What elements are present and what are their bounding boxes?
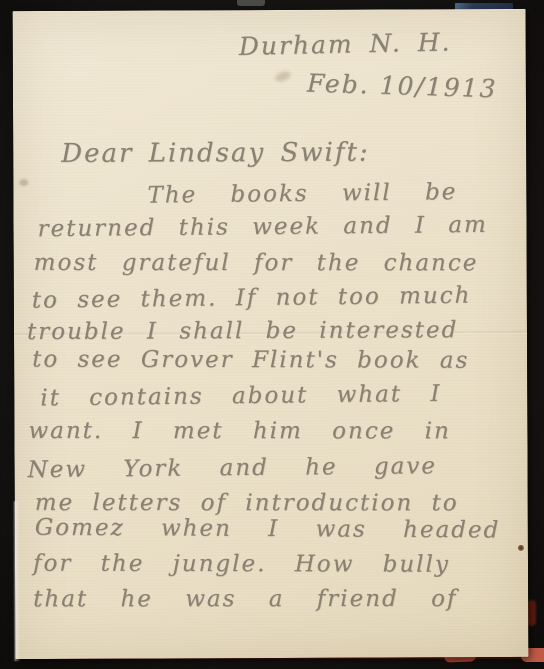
foxing-spot [518, 545, 524, 551]
letter-salutation: Dear Lindsay Swift: [61, 138, 370, 169]
letter-line: returned this week and I am [37, 212, 488, 242]
letter-line: most grateful for the chance [34, 250, 479, 276]
letter-line: it contains about what I [40, 381, 441, 412]
letter-line: trouble I shall be interested [27, 317, 458, 345]
letter-line: me letters of introduction to [35, 490, 459, 516]
smudge-spot-2 [19, 179, 28, 186]
gray-object-strip [237, 0, 265, 6]
photo-background: Durham N. H. Feb. 10/1913 Dear Lindsay S… [0, 0, 544, 669]
red-smudge-right-edge [527, 600, 536, 626]
letter-line: New York and he gave [27, 453, 437, 483]
letter-paper: Durham N. H. Feb. 10/1913 Dear Lindsay S… [13, 9, 529, 659]
letter-line: Gomez when I was headed [35, 515, 501, 544]
letter-line: to see Grover Flint's book as [32, 347, 469, 374]
smudge-spot [274, 69, 292, 83]
letter-line: that he was a friend of [33, 586, 457, 612]
letter-place-line: Durham N. H. [238, 27, 451, 61]
letter-line: for the jungle. How bully [33, 551, 450, 578]
paper-deckle-edge [14, 501, 21, 661]
letter-line: The books will be [147, 179, 457, 209]
letter-date-line: Feb. 10/1913 [307, 69, 498, 104]
letter-line: to see them. If not too much [32, 283, 472, 314]
letter-line: want. I met him once in [28, 418, 450, 444]
